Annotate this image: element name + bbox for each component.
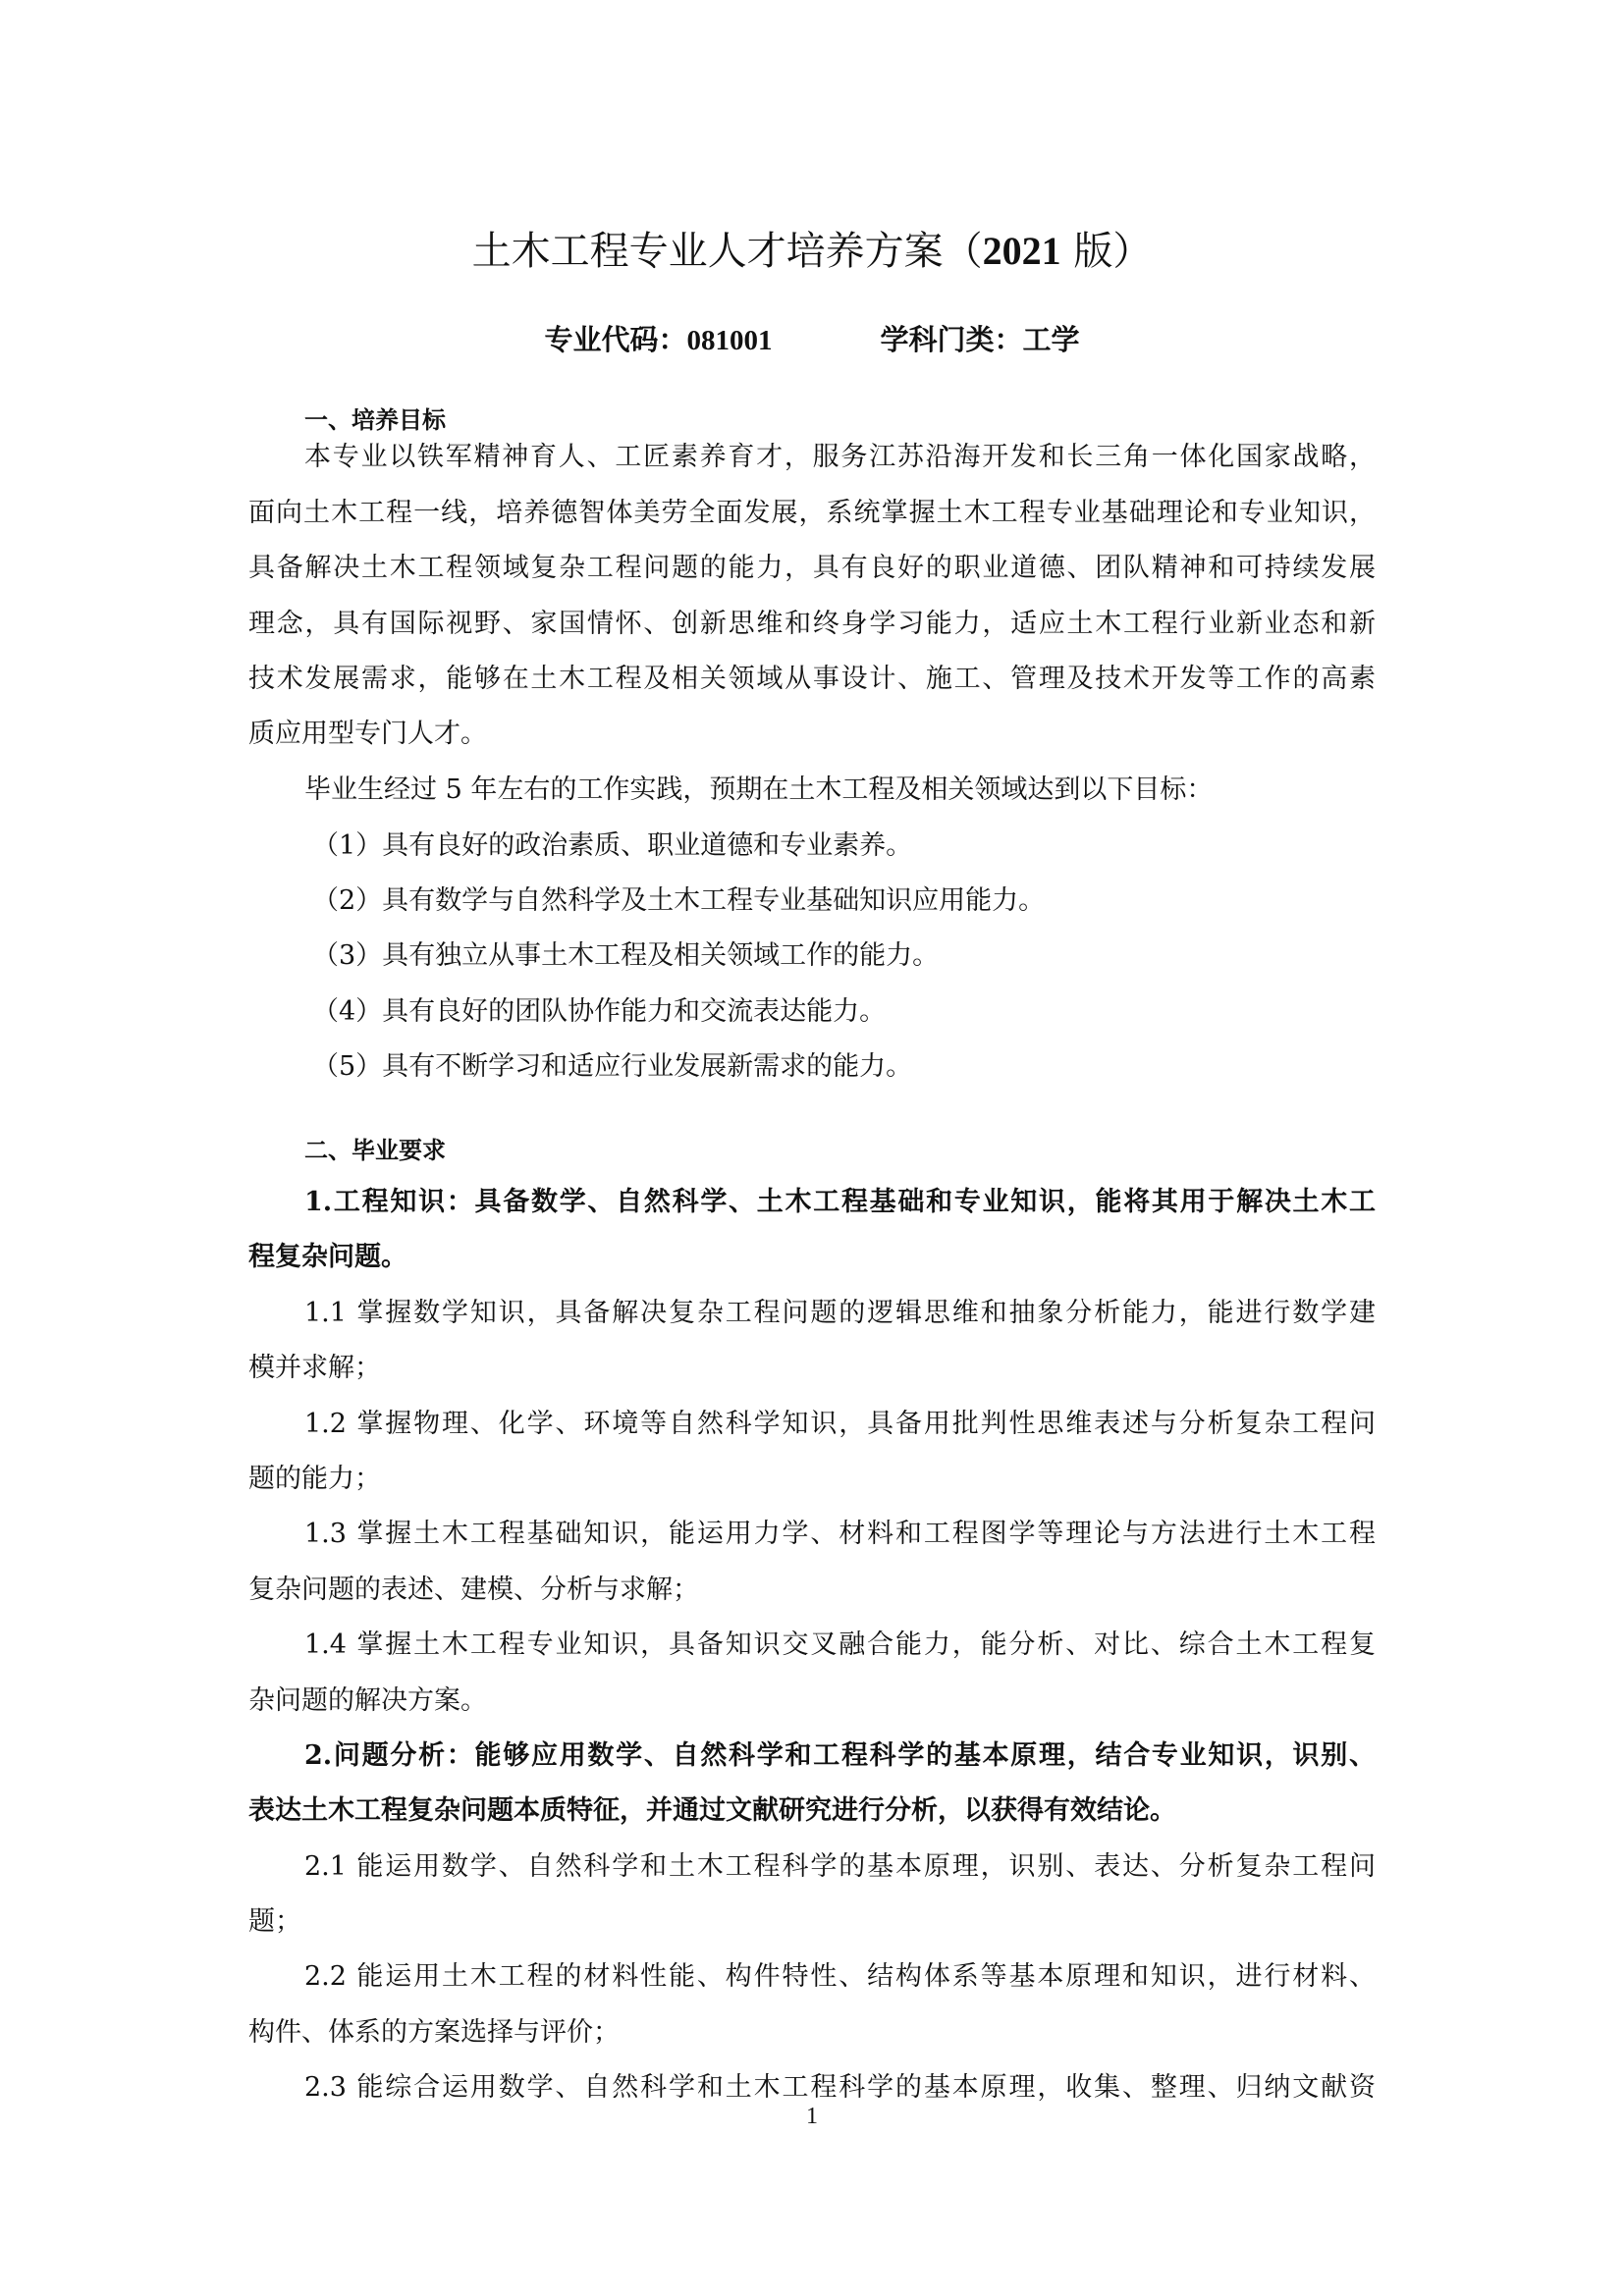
goal-item: （1）具有良好的政治素质、职业道德和专业素养。 xyxy=(312,829,912,863)
goal-item: （4）具有良好的团队协作能力和交流表达能力。 xyxy=(312,995,886,1029)
requirement-item-line: 构件、体系的方案选择与评价； xyxy=(248,2016,1376,2050)
requirement-item-line: 1.2 掌握物理、化学、环境等自然科学知识，具备用批判性思维表述与分析复杂工程问 xyxy=(304,1408,1376,1441)
major-code-label: 专业代码： xyxy=(544,323,686,356)
section-heading-2: 二、毕业要求 xyxy=(304,1136,446,1165)
requirement-item-line: 2.3 能综合运用数学、自然科学和土木工程科学的基本原理，收集、整理、归纳文献资 xyxy=(304,2071,1376,2105)
goal-item: （2）具有数学与自然科学及土木工程专业基础知识应用能力。 xyxy=(312,884,1045,918)
requirement-item-line: 1.1 掌握数学知识，具备解决复杂工程问题的逻辑思维和抽象分析能力，能进行数学建 xyxy=(304,1297,1376,1330)
requirement-title-line: 1.工程知识：具备数学、自然科学、土木工程基础和专业知识，能将其用于解决土木工 xyxy=(304,1186,1376,1219)
paragraph-line: 具备解决土木工程领域复杂工程问题的能力，具有良好的职业道德、团队精神和可持续发展 xyxy=(248,552,1376,585)
goal-item: （3）具有独立从事土木工程及相关领域工作的能力。 xyxy=(312,939,939,973)
paragraph-line: 面向土木工程一线，培养德智体美劳全面发展，系统掌握土木工程专业基础理论和专业知识… xyxy=(248,497,1376,530)
requirement-item-line: 2.2 能运用土木工程的材料性能、构件特性、结构体系等基本原理和知识，进行材料、 xyxy=(304,1960,1376,1994)
discipline: 工学 xyxy=(1023,323,1080,356)
paragraph-line: 技术发展需求，能够在土木工程及相关领域从事设计、施工、管理及技术开发等工作的高素 xyxy=(248,663,1376,696)
requirement-title-line: 程复杂问题。 xyxy=(248,1241,1376,1274)
title-suffix: 版） xyxy=(1061,229,1153,274)
page-number: 1 xyxy=(0,2103,1624,2130)
title-text: 土木工程专业人才培养方案（ xyxy=(472,229,983,274)
document-subtitle: 专业代码：081001学科门类：工学 xyxy=(0,322,1624,358)
requirement-item-line: 模并求解； xyxy=(248,1352,1376,1385)
requirement-item-line: 2.1 能运用数学、自然科学和土木工程科学的基本原理，识别、表达、分析复杂工程问 xyxy=(304,1850,1376,1884)
requirement-title-line: 表达土木工程复杂问题本质特征，并通过文献研究进行分析，以获得有效结论。 xyxy=(248,1794,1376,1828)
requirement-item-line: 1.4 掌握土木工程专业知识，具备知识交叉融合能力，能分析、对比、综合土木工程复 xyxy=(304,1629,1376,1662)
document-title: 土木工程专业人才培养方案（2021 版） xyxy=(0,228,1624,275)
paragraph-line: 毕业生经过 5 年左右的工作实践，预期在土木工程及相关领域达到以下目标： xyxy=(304,774,1213,807)
major-code: 081001 xyxy=(686,325,772,356)
requirement-title-line: 2.问题分析：能够应用数学、自然科学和工程科学的基本原理，结合专业知识，识别、 xyxy=(304,1739,1376,1773)
discipline-label: 学科门类： xyxy=(880,323,1022,356)
paragraph-line: 质应用型专门人才。 xyxy=(248,718,1376,751)
title-year: 2021 xyxy=(983,229,1061,273)
paragraph-line: 理念，具有国际视野、家国情怀、创新思维和终身学习能力，适应土木工程行业新业态和新 xyxy=(248,608,1376,641)
section-heading-1: 一、培养目标 xyxy=(304,405,446,435)
requirement-item-line: 复杂问题的表述、建模、分析与求解； xyxy=(248,1574,1376,1607)
paragraph-line: 本专业以铁军精神育人、工匠素养育才，服务江苏沿海开发和长三角一体化国家战略， xyxy=(304,441,1376,474)
goal-item: （5）具有不断学习和适应行业发展新需求的能力。 xyxy=(312,1050,912,1084)
document-page: 土木工程专业人才培养方案（2021 版） 专业代码：081001学科门类：工学 … xyxy=(0,0,1624,2296)
requirement-item-line: 杂问题的解决方案。 xyxy=(248,1684,1376,1718)
requirement-item-line: 1.3 掌握土木工程基础知识，能运用力学、材料和工程图学等理论与方法进行土木工程 xyxy=(304,1518,1376,1551)
requirement-item-line: 题； xyxy=(248,1905,1376,1939)
requirement-item-line: 题的能力； xyxy=(248,1463,1376,1496)
